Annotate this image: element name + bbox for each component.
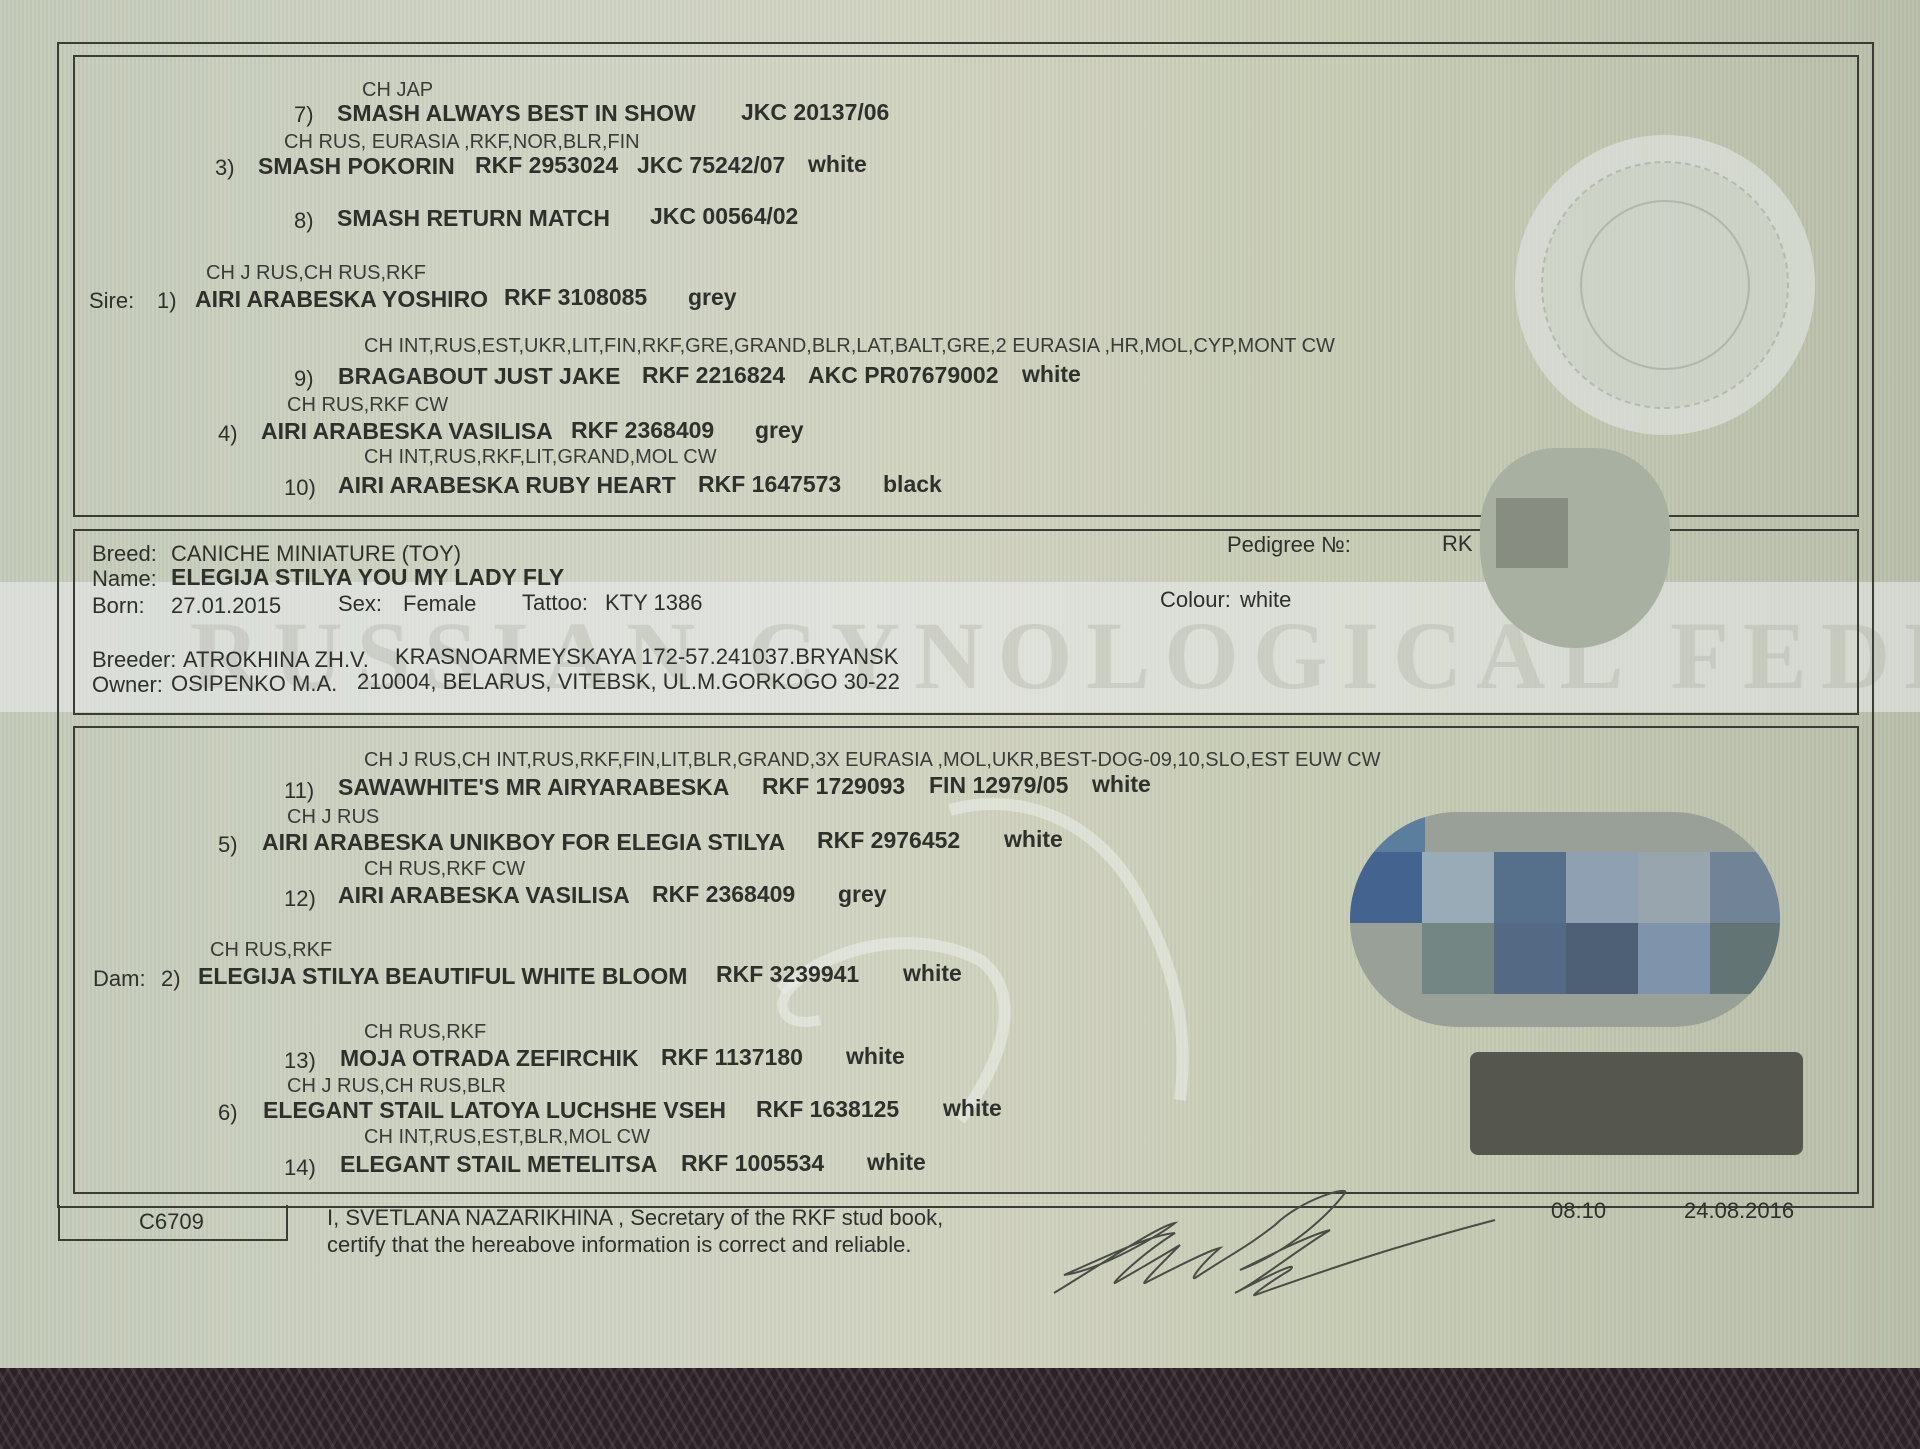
sire-name: AIRI ARABESKA YOSHIRO bbox=[195, 288, 488, 311]
ancestor-reg: RKF 2976452 bbox=[817, 829, 960, 852]
ancestor-reg: RKF 1137180 bbox=[661, 1046, 803, 1069]
ancestor-name: SMASH POKORIN bbox=[258, 155, 455, 178]
ancestor-number: 14) bbox=[284, 1157, 316, 1179]
tattoo-value: KTY 1386 bbox=[605, 592, 702, 614]
ancestor-reg: RKF 1729093 bbox=[762, 775, 905, 798]
breed-value: CANICHE MINIATURE (TOY) bbox=[171, 543, 461, 565]
ancestor-name: MOJA OTRADA ZEFIRCHIK bbox=[340, 1047, 639, 1070]
issue-date: 24.08.2016 bbox=[1684, 1200, 1794, 1222]
redacted-sticker bbox=[1470, 1052, 1803, 1155]
ancestor-titles: CH RUS,RKF bbox=[364, 1022, 486, 1042]
ancestor-colour: white bbox=[903, 962, 962, 985]
ancestor-titles: CH J RUS,CH INT,RUS,RKF,FIN,LIT,BLR,GRAN… bbox=[364, 750, 1381, 770]
ancestor-reg: FIN 12979/05 bbox=[929, 774, 1068, 797]
ancestor-titles: CH J RUS,CH RUS,BLR bbox=[287, 1076, 506, 1096]
ancestor-number: 1) bbox=[157, 290, 177, 312]
background-fabric bbox=[0, 1368, 1920, 1449]
issue-time: 08:10 bbox=[1551, 1200, 1606, 1222]
colour-label: Colour: bbox=[1160, 589, 1231, 611]
name-label: Name: bbox=[92, 568, 157, 590]
ancestor-titles: CH RUS,RKF CW bbox=[364, 859, 525, 879]
ancestor-reg: JKC 75242/07 bbox=[637, 154, 785, 177]
ancestor-titles: CH RUS,RKF CW bbox=[287, 395, 448, 415]
ancestor-colour: grey bbox=[688, 286, 737, 309]
ancestor-number: 7) bbox=[294, 104, 314, 126]
ancestor-titles: CH INT,RUS,RKF,LIT,GRAND,MOL CW bbox=[364, 447, 717, 467]
certification-line-2: certify that the hereabove information i… bbox=[327, 1234, 912, 1256]
ancestor-name: AIRI ARABESKA VASILISA bbox=[338, 884, 630, 907]
ancestor-titles: CH INT,RUS,EST,BLR,MOL CW bbox=[364, 1127, 650, 1147]
ancestor-name: AIRI ARABESKA VASILISA bbox=[261, 420, 553, 443]
ancestor-number: 3) bbox=[215, 157, 235, 179]
ancestor-name: AIRI ARABESKA UNIKBOY FOR ELEGIA STILYA bbox=[262, 831, 785, 854]
ancestor-name: SAWAWHITE'S MR AIRYARABESKA bbox=[338, 776, 729, 799]
ancestor-colour: white bbox=[1022, 363, 1081, 386]
ancestor-reg: RKF 3108085 bbox=[504, 286, 647, 309]
ancestor-reg: RKF 2368409 bbox=[652, 883, 795, 906]
ancestor-number: 9) bbox=[294, 368, 314, 390]
ancestor-number: 13) bbox=[284, 1050, 316, 1072]
redacted-blue-stamp bbox=[1350, 812, 1780, 1027]
dam-name: ELEGIJA STILYA BEAUTIFUL WHITE BLOOM bbox=[198, 965, 687, 988]
ancestor-number: 4) bbox=[218, 423, 238, 445]
born-label: Born: bbox=[92, 595, 145, 617]
sire-label: Sire: bbox=[89, 290, 134, 312]
ancestor-colour: white bbox=[1092, 773, 1151, 796]
ancestor-reg: AKC PR07679002 bbox=[808, 364, 999, 387]
pedigree-value: RK bbox=[1442, 533, 1473, 555]
dog-name: ELEGIJA STILYA YOU MY LADY FLY bbox=[171, 566, 564, 589]
ancestor-number: 10) bbox=[284, 477, 316, 499]
ancestor-reg: RKF 3239941 bbox=[716, 963, 859, 986]
dam-label: Dam: bbox=[93, 968, 146, 990]
pedigree-label: Pedigree №: bbox=[1227, 534, 1351, 556]
breed-label: Breed: bbox=[92, 543, 157, 565]
ancestor-reg: JKC 20137/06 bbox=[741, 101, 889, 124]
ancestor-colour: white bbox=[808, 153, 867, 176]
ancestor-name: ELEGANT STAIL METELITSA bbox=[340, 1153, 657, 1176]
owner-name: OSIPENKO M.A. bbox=[171, 673, 337, 695]
ancestor-reg: RKF 2216824 bbox=[642, 364, 785, 387]
ancestor-colour: white bbox=[867, 1151, 926, 1174]
redacted-pedigree-number bbox=[1480, 448, 1670, 648]
ancestor-colour: white bbox=[846, 1045, 905, 1068]
ancestor-reg: RKF 2368409 bbox=[571, 419, 714, 442]
colour-value: white bbox=[1240, 589, 1291, 611]
sex-label: Sex: bbox=[338, 593, 382, 615]
signature-icon bbox=[1040, 1175, 1500, 1305]
ancestor-number: 8) bbox=[294, 210, 314, 232]
ancestor-colour: white bbox=[943, 1097, 1002, 1120]
tattoo-label: Tattoo: bbox=[522, 592, 588, 614]
ancestor-name: ELEGANT STAIL LATOYA LUCHSHE VSEH bbox=[263, 1099, 726, 1122]
ancestor-number: 5) bbox=[218, 834, 238, 856]
breeder-address: KRASNOARMEYSKAYA 172-57.241037.BRYANSK bbox=[395, 646, 898, 668]
ancestor-name: AIRI ARABESKA RUBY HEART bbox=[338, 474, 676, 497]
ancestor-number: 11) bbox=[284, 780, 314, 802]
ancestor-reg: RKF 1638125 bbox=[756, 1098, 899, 1121]
certification-line-1: I, SVETLANA NAZARIKHINA , Secretary of t… bbox=[327, 1207, 943, 1229]
ancestor-number: 2) bbox=[161, 968, 181, 990]
ancestor-reg: JKC 00564/02 bbox=[650, 205, 798, 228]
document-code: C6709 bbox=[139, 1211, 204, 1233]
ancestor-titles: CH RUS,RKF bbox=[210, 940, 332, 960]
ancestor-number: 12) bbox=[284, 888, 316, 910]
breeder-name: ATROKHINA ZH.V. bbox=[183, 649, 369, 671]
sex-value: Female bbox=[403, 593, 476, 615]
breeder-label: Breeder: bbox=[92, 649, 176, 671]
owner-address: 210004, BELARUS, VITEBSK, UL.M.GORKOGO 3… bbox=[357, 671, 900, 693]
ancestor-titles: CH J RUS bbox=[287, 807, 379, 827]
ancestor-reg: RKF 2953024 bbox=[475, 154, 618, 177]
ancestor-name: SMASH ALWAYS BEST IN SHOW bbox=[337, 102, 696, 125]
ancestor-colour: grey bbox=[755, 419, 804, 442]
ancestor-name: SMASH RETURN MATCH bbox=[337, 207, 610, 230]
owner-label: Owner: bbox=[92, 674, 163, 696]
ancestor-name: BRAGABOUT JUST JAKE bbox=[338, 365, 620, 388]
ancestor-reg: RKF 1005534 bbox=[681, 1152, 824, 1175]
born-value: 27.01.2015 bbox=[171, 595, 281, 617]
ancestor-titles: CH RUS, EURASIA ,RKF,NOR,BLR,FIN bbox=[284, 132, 640, 152]
ancestor-number: 6) bbox=[218, 1102, 238, 1124]
ancestor-reg: RKF 1647573 bbox=[698, 473, 841, 496]
ancestor-colour: grey bbox=[838, 883, 887, 906]
ancestor-titles: CH JAP bbox=[362, 80, 433, 100]
ancestor-colour: white bbox=[1004, 828, 1063, 851]
ancestor-colour: black bbox=[883, 473, 942, 496]
ancestor-titles: CH INT,RUS,EST,UKR,LIT,FIN,RKF,GRE,GRAND… bbox=[364, 336, 1335, 356]
ancestor-titles: CH J RUS,CH RUS,RKF bbox=[206, 263, 426, 283]
